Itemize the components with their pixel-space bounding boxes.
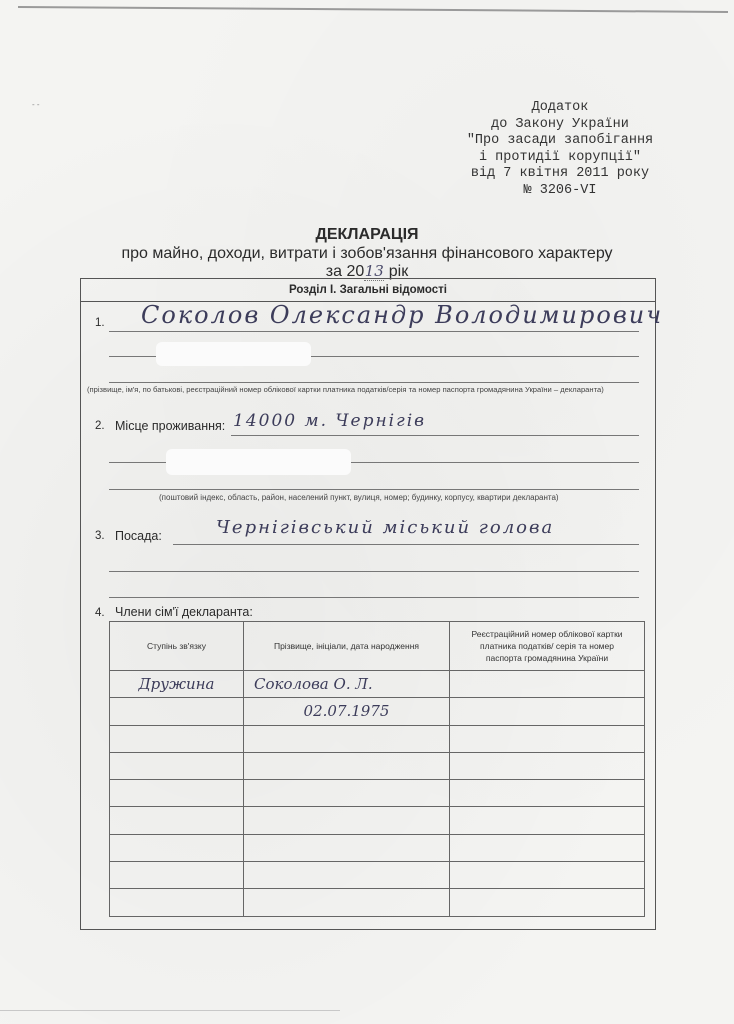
item-2-line: [231, 435, 639, 436]
cell-tax-id: [450, 780, 645, 807]
col-header-tax-id: Реєстраційний номер облікової картки пла…: [450, 622, 645, 671]
table-row: [110, 807, 645, 834]
cell-name: [244, 862, 450, 889]
redacted-area: [166, 449, 351, 475]
cell-relation: [110, 889, 244, 916]
family-members-table: Ступінь зв'язку Прізвище, ініціали, дата…: [109, 621, 645, 917]
cell-relation: [110, 807, 244, 834]
cell-relation: Дружина: [110, 671, 244, 698]
cell-tax-id: [450, 807, 645, 834]
cell-name: [244, 752, 450, 779]
law-appendix-note: Додаток до Закону України "Про засади за…: [420, 100, 700, 199]
item-2-hint: (поштовий індекс, область, район, населе…: [159, 493, 559, 502]
cell-tax-id: [450, 889, 645, 916]
appendix-line: від 7 квітня 2011 року: [420, 166, 700, 183]
item-2-line: [109, 489, 639, 490]
item-1-hint: (прізвище, ім'я, по батькові, реєстрацій…: [87, 385, 604, 394]
cell-tax-id: [450, 698, 645, 725]
document-title: ДЕКЛАРАЦІЯ: [0, 226, 734, 244]
section-general-info: Розділ І. Загальні відомості 1. Соколов …: [80, 278, 656, 930]
cell-name: [244, 807, 450, 834]
table-row: Дружина Соколова О. Л.: [110, 671, 645, 698]
cell-relation: [110, 780, 244, 807]
section-title: Розділ І. Загальні відомості: [81, 279, 655, 302]
cell-name: 02.07.1975: [244, 698, 450, 725]
item-3-line: [109, 597, 639, 598]
cell-name: [244, 834, 450, 861]
cell-name: [244, 780, 450, 807]
item-3-number: 3.: [95, 530, 105, 542]
item-1-line: [109, 331, 639, 332]
cell-relation: [110, 698, 244, 725]
item-2-number: 2.: [95, 420, 105, 432]
item-3-line: [109, 571, 639, 572]
cell-name: [244, 725, 450, 752]
item-4-label: Члени сім'ї декларанта:: [115, 605, 253, 619]
item-3-label: Посада:: [115, 529, 162, 543]
appendix-line: № 3206-VI: [420, 183, 700, 200]
document-subtitle: про майно, доходи, витрати і зобов'язанн…: [0, 245, 734, 263]
item-1-number: 1.: [95, 317, 105, 329]
cell-tax-id: [450, 834, 645, 861]
item-3-line: [173, 544, 639, 545]
table-row: [110, 889, 645, 916]
appendix-line: "Про засади запобігання: [420, 133, 700, 150]
cell-tax-id: [450, 752, 645, 779]
table-header-row: Ступінь зв'язку Прізвище, ініціали, дата…: [110, 622, 645, 671]
table-row: [110, 780, 645, 807]
birthdate-handwritten: 02.07.1975: [304, 702, 390, 720]
scan-bottom-edge: [0, 1010, 340, 1011]
cell-tax-id: [450, 671, 645, 698]
cell-name: Соколова О. Л.: [244, 671, 450, 698]
col-header-name: Прізвище, ініціали, дата народження: [244, 622, 450, 671]
table-row: [110, 725, 645, 752]
position-handwritten: Чернігівський міський голова: [216, 517, 554, 538]
cell-tax-id: [450, 725, 645, 752]
table-row: [110, 862, 645, 889]
appendix-line: і протидії корупції": [420, 150, 700, 167]
scan-artifact: - -: [32, 100, 40, 109]
name-handwritten: Соколова О. Л.: [254, 675, 373, 693]
table-row: [110, 834, 645, 861]
declarant-name-handwritten: Соколов Олександр Володимирович: [141, 301, 663, 329]
cell-relation: [110, 862, 244, 889]
appendix-line: до Закону України: [420, 117, 700, 134]
item-2-label: Місце проживання:: [115, 419, 225, 433]
cell-relation: [110, 725, 244, 752]
cell-relation: [110, 834, 244, 861]
relation-handwritten: Дружина: [138, 675, 214, 693]
cell-name: [244, 889, 450, 916]
residence-handwritten: 14000 м. Чернігів: [233, 411, 426, 431]
item-1-line: [109, 382, 639, 383]
cell-tax-id: [450, 862, 645, 889]
redacted-area: [156, 342, 311, 366]
appendix-line: Додаток: [420, 100, 700, 117]
table-row: 02.07.1975: [110, 698, 645, 725]
item-4-number: 4.: [95, 607, 105, 619]
table-row: [110, 752, 645, 779]
cell-relation: [110, 752, 244, 779]
col-header-relation: Ступінь зв'язку: [110, 622, 244, 671]
